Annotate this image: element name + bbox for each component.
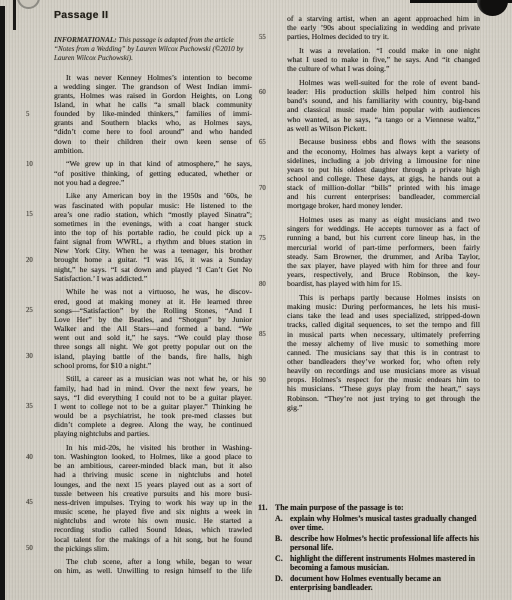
passage-line-text: band’s sound, and his familiarity with c… bbox=[287, 96, 480, 105]
passage-line-text: of a starving artist, when an agent appr… bbox=[287, 14, 480, 23]
passage-line: 65Because business ebbs and flows with t… bbox=[287, 137, 480, 146]
passage-line: not you had a degree.” bbox=[54, 178, 252, 187]
passage-line-text: and the economy, Holmes has always kept … bbox=[287, 147, 480, 156]
option-letter: B. bbox=[275, 534, 290, 552]
passage-line-text: The club scene, after a long while, bega… bbox=[66, 557, 252, 566]
passage-line-text: brought home a guitar. “I was 16, it was… bbox=[54, 255, 252, 264]
passage-line: 45ness-driven impulses. Trying to work h… bbox=[54, 498, 252, 507]
passage-line: singers for weddings. He accepts turnove… bbox=[287, 224, 480, 233]
passage-line: grants, Holmes was raised in Gordon Heig… bbox=[54, 91, 252, 100]
passage-line-text: sidelines, including a job driving a lim… bbox=[287, 156, 480, 165]
passage-line: the messy alchemy of live music to somet… bbox=[287, 339, 480, 348]
passage-line: on him, as well. Unwilling to resign him… bbox=[54, 566, 252, 575]
passage-line: and the economy, Holmes has always kept … bbox=[287, 147, 480, 156]
passage-line: recording studio called Sound Ideas, whi… bbox=[54, 525, 252, 534]
passage-line-text: canned. The musicians say that this is i… bbox=[287, 348, 480, 357]
passage-line-text: “We grew up in that kind of atmosphere,”… bbox=[66, 159, 252, 168]
passage-line: the early ’90s about specializing in wed… bbox=[287, 23, 480, 32]
passage-line: his musicians. “These guys play from the… bbox=[287, 384, 480, 393]
line-number: 5 bbox=[26, 110, 46, 119]
line-number: 35 bbox=[26, 402, 46, 411]
passage-line: 50the pickings slim. bbox=[54, 544, 252, 553]
passage-line-text: This is perhaps partly because Holmes in… bbox=[299, 293, 480, 302]
passage-line: While he was not a virtuoso, he was, he … bbox=[54, 287, 252, 296]
passage-line-text: down to their children their own keen se… bbox=[54, 137, 252, 146]
answer-option: A.explain why Holmes’s musical tastes gr… bbox=[275, 514, 484, 532]
passage-line-text: not you had a degree.” bbox=[54, 178, 124, 187]
line-number: 90 bbox=[259, 376, 279, 385]
passage-line-text: steady. Sam Browner, the drummer, and Ar… bbox=[287, 252, 480, 261]
passage-line-text: didn’t complete a degree. Along the way,… bbox=[54, 420, 252, 429]
passage-line: night,” he says. “I sat down and played … bbox=[54, 265, 252, 274]
passage-line-text: says, “I did everything I could not to b… bbox=[54, 393, 252, 402]
passage-line: school proms, for $10 a night.” bbox=[54, 361, 252, 370]
passage-line: down to their children their own keen se… bbox=[54, 137, 252, 146]
line-number: 45 bbox=[26, 498, 46, 507]
passage-line: a wedding singer. The grandson of West I… bbox=[54, 82, 252, 91]
passage-column-right: of a starving artist, when an agent appr… bbox=[287, 14, 480, 412]
passage-line: music scene, he played five and six nigh… bbox=[54, 507, 252, 516]
passage-line-text: ness-driven impulses. Trying to work his… bbox=[54, 498, 252, 507]
passage-line: says, “I did everything I could not to b… bbox=[54, 393, 252, 402]
passage-line-text: boardist, has played with him for 15. bbox=[287, 279, 402, 288]
line-number: 65 bbox=[259, 138, 279, 147]
passage-line-text: Walker and the All Stars—and formed a ba… bbox=[54, 324, 252, 333]
passage-line: Robinson. “They’re not just trying to ge… bbox=[287, 394, 480, 403]
passage-line-text: stack of million-dollar “bills” printed … bbox=[287, 183, 480, 192]
passage-line-text: years to put his oldest daughter through… bbox=[287, 165, 480, 174]
passage-line: school and college. These days, at gigs,… bbox=[287, 174, 480, 183]
passage-line-text: While he was not a virtuoso, he was, he … bbox=[66, 287, 252, 296]
passage-line: went out and sold it,” he says. “We coul… bbox=[54, 333, 252, 342]
passage-line: who wanted, as he says, “a tango or a Vi… bbox=[287, 115, 480, 124]
passage-line: 85in musical parts when necessary, ultim… bbox=[287, 330, 480, 339]
scanned-test-page: { "colors": { "paper": "#d6d2c8", "ink":… bbox=[0, 0, 512, 600]
passage-line-text: and classical music made him popular wit… bbox=[287, 105, 480, 114]
answer-option: D.document how Holmes eventually became … bbox=[275, 574, 484, 592]
passage-line: 60leader: His production skills helped h… bbox=[287, 87, 480, 96]
passage-line-text: would be a psychiatrist, he took pre-med… bbox=[54, 411, 252, 420]
option-letter: D. bbox=[275, 574, 290, 592]
passage-line: playing nightclubs and parties. bbox=[54, 429, 252, 438]
passage-line: steady. Sam Browner, the drummer, and Ar… bbox=[287, 252, 480, 261]
passage-line-text: the messy alchemy of live music to somet… bbox=[287, 339, 480, 348]
source-note: INFORMATIONAL: This passage is adapted f… bbox=[54, 36, 254, 63]
passage-line-text: songs—“Satisfaction” by the Rolling Ston… bbox=[54, 306, 252, 315]
passage-line: tracks, called digital sequences, to set… bbox=[287, 320, 480, 329]
passage-line-text: parties, Holmes decided to try it. bbox=[287, 32, 389, 41]
passage-line: Like any American boy in the 1950s and ’… bbox=[54, 191, 252, 200]
passage-line: the sax player, have played with him for… bbox=[287, 261, 480, 270]
passage-line-text: area’s one radio station, which “mostly … bbox=[54, 210, 252, 219]
line-number: 15 bbox=[26, 210, 46, 219]
line-number: 60 bbox=[259, 88, 279, 97]
passage-line: had a thriving music scene in nightclubs… bbox=[54, 470, 252, 479]
passage-line-text: the culture of what I was doing.” bbox=[287, 64, 389, 73]
passage-line: and his current enterprises: bandleader,… bbox=[287, 192, 480, 201]
passage-line-text: into the top of his portable radio, he c… bbox=[54, 228, 252, 237]
passage-line: local talent for the makings of a hit so… bbox=[54, 535, 252, 544]
passage-line: In his mid-20s, he visited his brother i… bbox=[54, 443, 252, 452]
line-number: 10 bbox=[26, 160, 46, 169]
passage-line-text: “of positive thinking, of getting educat… bbox=[54, 169, 252, 178]
passage-line-text: running a band, but his current core lin… bbox=[287, 233, 480, 242]
passage-line-text: Like any American boy in the 1950s and ’… bbox=[66, 191, 252, 200]
passage-line: the culture of what I was doing.” bbox=[287, 64, 480, 73]
passage-line-text: “didn’t come here to fool around” and wh… bbox=[54, 127, 252, 136]
passage-line: 5founded by like-minded thinkers,” famil… bbox=[54, 109, 252, 118]
passage-line-text: mercurial world of part-time performers,… bbox=[287, 243, 480, 252]
passage-line-text: the pickings slim. bbox=[54, 544, 109, 553]
answer-option: B.describe how Holmes’s hectic professio… bbox=[275, 534, 484, 552]
partial-circle-top-left bbox=[17, 0, 40, 9]
passage-line-text: It was a revelation. “I could make in on… bbox=[299, 46, 480, 55]
passage-line-text: his musicians. “These guys play from the… bbox=[287, 384, 480, 393]
passage-line: would be a psychiatrist, he took pre-med… bbox=[54, 411, 252, 420]
line-number: 55 bbox=[259, 33, 279, 42]
passage-line-text: was fascinated with popular music: He li… bbox=[54, 201, 252, 210]
passage-line: ered, good at making money at it. He lea… bbox=[54, 297, 252, 306]
passage-line: Love Her” by the Beatles, and “Shotgun” … bbox=[54, 315, 252, 324]
passage-line-text: ambition. bbox=[54, 146, 84, 155]
passage-line-text: Robinson. “They’re not just trying to ge… bbox=[287, 394, 480, 403]
passage-line: was fascinated with popular music: He li… bbox=[54, 201, 252, 210]
passage-line: and classical music made him popular wit… bbox=[287, 105, 480, 114]
passage-line-text: Holmes uses as many as eight musicians a… bbox=[299, 215, 480, 224]
passage-line: Holmes uses as many as eight musicians a… bbox=[287, 215, 480, 224]
passage-line: 70stack of million-dollar “bills” printe… bbox=[287, 183, 480, 192]
passage-line: years to put his oldest daughter through… bbox=[287, 165, 480, 174]
passage-line: 80boardist, has played with him for 15. bbox=[287, 279, 480, 288]
passage-line-text: Because business ebbs and flows with the… bbox=[299, 137, 480, 146]
passage-line: mortgage broker, hard money lender. bbox=[287, 201, 480, 210]
passage-line: making music: During performances, he le… bbox=[287, 302, 480, 311]
passage-line: grants and Southern blacks who, as Holme… bbox=[54, 118, 252, 127]
passage-line-text: New York City. When he was a teenager, h… bbox=[54, 246, 252, 255]
line-number: 75 bbox=[259, 234, 279, 243]
passage-line: band’s sound, and his familiarity with c… bbox=[287, 96, 480, 105]
passage-line: lounges, and the next 15 years played ou… bbox=[54, 480, 252, 489]
passage-line-text: a wedding singer. The grandson of West I… bbox=[54, 82, 252, 91]
passage-line: gig.” bbox=[287, 403, 480, 412]
option-letter: C. bbox=[275, 554, 290, 572]
passage-line: years, respectively, and Bruce Robinson,… bbox=[287, 270, 480, 279]
passage-line: This is perhaps partly because Holmes in… bbox=[287, 293, 480, 302]
passage-line: heavily on recordings and use musicians … bbox=[287, 366, 480, 375]
passage-line-text: In his mid-20s, he visited his brother i… bbox=[66, 443, 252, 452]
passage-line: 30island, playing battle of the bands, f… bbox=[54, 352, 252, 361]
passage-line: Satisfaction.’ I was addicted.” bbox=[54, 274, 252, 283]
passage-line: It was never Kenney Holmes’s intention t… bbox=[54, 73, 252, 82]
passage-line-text: cians take the lead and uses specialized… bbox=[287, 311, 480, 320]
passage-line: 40ton. Washington looked, to Holmes, lik… bbox=[54, 452, 252, 461]
passage-line-text: went out and sold it,” he says. “We coul… bbox=[54, 333, 252, 342]
passage-line: faint signal from WWRL, a rhythm and blu… bbox=[54, 237, 252, 246]
passage-line: It was a revelation. “I could make in on… bbox=[287, 46, 480, 55]
passage-line-text: tracks, called digital sequences, to set… bbox=[287, 320, 480, 329]
passage-line: 55parties, Holmes decided to try it. bbox=[287, 32, 480, 41]
source-note-label: INFORMATIONAL: bbox=[54, 36, 117, 44]
line-number: 80 bbox=[259, 280, 279, 289]
passage-line-text: other bandleaders they’ve worked for, wh… bbox=[287, 357, 480, 366]
option-text: describe how Holmes’s hectic professiona… bbox=[290, 534, 484, 552]
passage-line-text: tussle between his creative pursuits and… bbox=[54, 489, 252, 498]
passage-line: Still, a career as a musician was not wh… bbox=[54, 374, 252, 383]
passage-line-text: as well as Wilson Pickett. bbox=[287, 124, 367, 133]
passage-line: New York City. When he was a teenager, h… bbox=[54, 246, 252, 255]
passage-line-text: playing nightclubs and parties. bbox=[54, 429, 150, 438]
passage-line-text: sometimes in the evenings, with a coat h… bbox=[54, 219, 252, 228]
passage-line-text: Satisfaction.’ I was addicted.” bbox=[54, 274, 147, 283]
answer-option: C.highlight the different instruments Ho… bbox=[275, 554, 484, 572]
passage-line-text: recording studio called Sound Ideas, whi… bbox=[54, 525, 252, 534]
passage-line-text: Holmes was well-suited for the role of e… bbox=[299, 78, 480, 87]
passage-line: canned. The musicians say that this is i… bbox=[287, 348, 480, 357]
passage-line: Walker and the All Stars—and formed a ba… bbox=[54, 324, 252, 333]
passage-line: Island, in what he calls “a small black … bbox=[54, 100, 252, 109]
passage-line: cians take the lead and uses specialized… bbox=[287, 311, 480, 320]
passage-line-text: grants and Southern blacks who, as Holme… bbox=[54, 118, 252, 127]
passage-line-text: lounges, and the next 15 years played ou… bbox=[54, 480, 252, 489]
passage-line: sidelines, including a job driving a lim… bbox=[287, 156, 480, 165]
passage-line-text: ered, good at making money at it. He lea… bbox=[54, 297, 252, 306]
passage-line: 75running a band, but his current core l… bbox=[287, 233, 480, 242]
passage-line-text: Love Her” by the Beatles, and “Shotgun” … bbox=[54, 315, 252, 324]
passage-line-text: years, respectively, and Bruce Robinson,… bbox=[287, 270, 480, 279]
passage-line-text: night,” he says. “I sat down and played … bbox=[54, 265, 252, 274]
option-text: document how Holmes eventually became an… bbox=[290, 574, 484, 592]
passage-line-text: island, playing battle of the bands, fir… bbox=[54, 352, 252, 361]
question-number: 11. bbox=[258, 503, 275, 512]
passage-line-text: gig.” bbox=[287, 403, 302, 412]
passage-line-text: leader: His production skills helped him… bbox=[287, 87, 480, 96]
question-11: 11. The main purpose of the passage is t… bbox=[258, 503, 484, 592]
passage-line: didn’t complete a degree. Along the way,… bbox=[54, 420, 252, 429]
passage-line: as well as Wilson Pickett. bbox=[287, 124, 480, 133]
passage-line-text: be an ambitious, career-minded black man… bbox=[54, 461, 252, 470]
passage-line-text: the sax player, have played with him for… bbox=[287, 261, 480, 270]
passage-line-text: had a thriving music scene in nightclubs… bbox=[54, 470, 252, 479]
passage-line-text: singers for weddings. He accepts turnove… bbox=[287, 224, 480, 233]
answer-options: A.explain why Holmes’s musical tastes gr… bbox=[258, 514, 484, 592]
line-number: 20 bbox=[26, 256, 46, 265]
passage-line: “of positive thinking, of getting educat… bbox=[54, 169, 252, 178]
passage-line-text: founded by like-minded thinkers,” famili… bbox=[54, 109, 252, 118]
passage-line: “didn’t come here to fool around” and wh… bbox=[54, 127, 252, 136]
line-number: 85 bbox=[259, 330, 279, 339]
crop-mark-tick bbox=[13, 0, 16, 30]
page-title: Passage II bbox=[54, 9, 108, 21]
line-number: 40 bbox=[26, 453, 46, 462]
passage-line-text: heavily on recordings and use musicians … bbox=[287, 366, 480, 375]
passage-line: three songs all night. We got pretty pop… bbox=[54, 342, 252, 351]
passage-line: 15area’s one radio station, which “mostl… bbox=[54, 210, 252, 219]
partial-circle-top-right bbox=[477, 0, 508, 16]
passage-line: sometimes in the evenings, with a coat h… bbox=[54, 219, 252, 228]
passage-line: 25songs—“Satisfaction” by the Rolling St… bbox=[54, 306, 252, 315]
passage-line-text: faint signal from WWRL, a rhythm and blu… bbox=[54, 237, 252, 246]
passage-line-text: school and college. These days, at gigs,… bbox=[287, 174, 480, 183]
passage-line-text: making music: During performances, he le… bbox=[287, 302, 480, 311]
passage-line-text: It was never Kenney Holmes’s intention t… bbox=[66, 73, 252, 82]
passage-line-text: music scene, he played five and six nigh… bbox=[54, 507, 252, 516]
passage-line-text: on him, as well. Unwilling to resign him… bbox=[54, 566, 252, 575]
passage-column-left: It was never Kenney Holmes’s intention t… bbox=[54, 68, 252, 576]
line-number: 70 bbox=[259, 184, 279, 193]
passage-line-text: three songs all night. We got pretty pop… bbox=[54, 342, 252, 351]
question-stem: 11. The main purpose of the passage is t… bbox=[258, 503, 484, 512]
passage-line-text: I went to college not to be a guitar pla… bbox=[54, 402, 252, 411]
passage-line-text: what I used to make in five,” he says. A… bbox=[287, 55, 480, 64]
passage-line-text: school proms, for $10 a night.” bbox=[54, 361, 151, 370]
passage-line: be an ambitious, career-minded black man… bbox=[54, 461, 252, 470]
passage-line-text: grants, Holmes was raised in Gordon Heig… bbox=[54, 91, 252, 100]
passage-line: tussle between his creative pursuits and… bbox=[54, 489, 252, 498]
line-number: 30 bbox=[26, 352, 46, 361]
passage-line-text: in musical parts when necessary, ultimat… bbox=[287, 330, 480, 339]
passage-line: family, had had in mind. Over the next f… bbox=[54, 384, 252, 393]
passage-line-text: Still, a career as a musician was not wh… bbox=[66, 374, 252, 383]
passage-line-text: nightclubs and wrote his own music. He s… bbox=[54, 516, 252, 525]
left-margin-bar bbox=[0, 6, 5, 600]
passage-line-text: family, had had in mind. Over the next f… bbox=[54, 384, 252, 393]
passage-line: into the top of his portable radio, he c… bbox=[54, 228, 252, 237]
passage-line: nightclubs and wrote his own music. He s… bbox=[54, 516, 252, 525]
option-text: highlight the different instruments Holm… bbox=[290, 554, 484, 572]
option-letter: A. bbox=[275, 514, 290, 532]
passage-line: ambition. bbox=[54, 146, 252, 155]
question-stem-text: The main purpose of the passage is to: bbox=[275, 503, 484, 512]
passage-line-text: and his current enterprises: bandleader,… bbox=[287, 192, 480, 201]
passage-line: 20brought home a guitar. “I was 16, it w… bbox=[54, 255, 252, 264]
option-text: explain why Holmes’s musical tastes grad… bbox=[290, 514, 484, 532]
passage-line-text: who wanted, as he says, “a tango or a Vi… bbox=[287, 115, 480, 124]
passage-line-text: local talent for the makings of a hit so… bbox=[54, 535, 252, 544]
line-number: 25 bbox=[26, 306, 46, 315]
passage-line-text: the early ’90s about specializing in wed… bbox=[287, 23, 480, 32]
passage-line-text: ton. Washington looked, to Holmes, like … bbox=[54, 452, 252, 461]
passage-line: The club scene, after a long while, bega… bbox=[54, 557, 252, 566]
passage-line: other bandleaders they’ve worked for, wh… bbox=[287, 357, 480, 366]
passage-line: Holmes was well-suited for the role of e… bbox=[287, 78, 480, 87]
passage-line-text: props. Holmes’s respect for the music en… bbox=[287, 375, 480, 384]
passage-line: 90props. Holmes’s respect for the music … bbox=[287, 375, 480, 384]
passage-line: what I used to make in five,” he says. A… bbox=[287, 55, 480, 64]
passage-line: 10“We grew up in that kind of atmosphere… bbox=[54, 159, 252, 168]
passage-line: of a starving artist, when an agent appr… bbox=[287, 14, 480, 23]
passage-line-text: Island, in what he calls “a small black … bbox=[54, 100, 252, 109]
passage-line: mercurial world of part-time performers,… bbox=[287, 243, 480, 252]
line-number: 50 bbox=[26, 544, 46, 553]
passage-line-text: mortgage broker, hard money lender. bbox=[287, 201, 402, 210]
passage-line: 35I went to college not to be a guitar p… bbox=[54, 402, 252, 411]
